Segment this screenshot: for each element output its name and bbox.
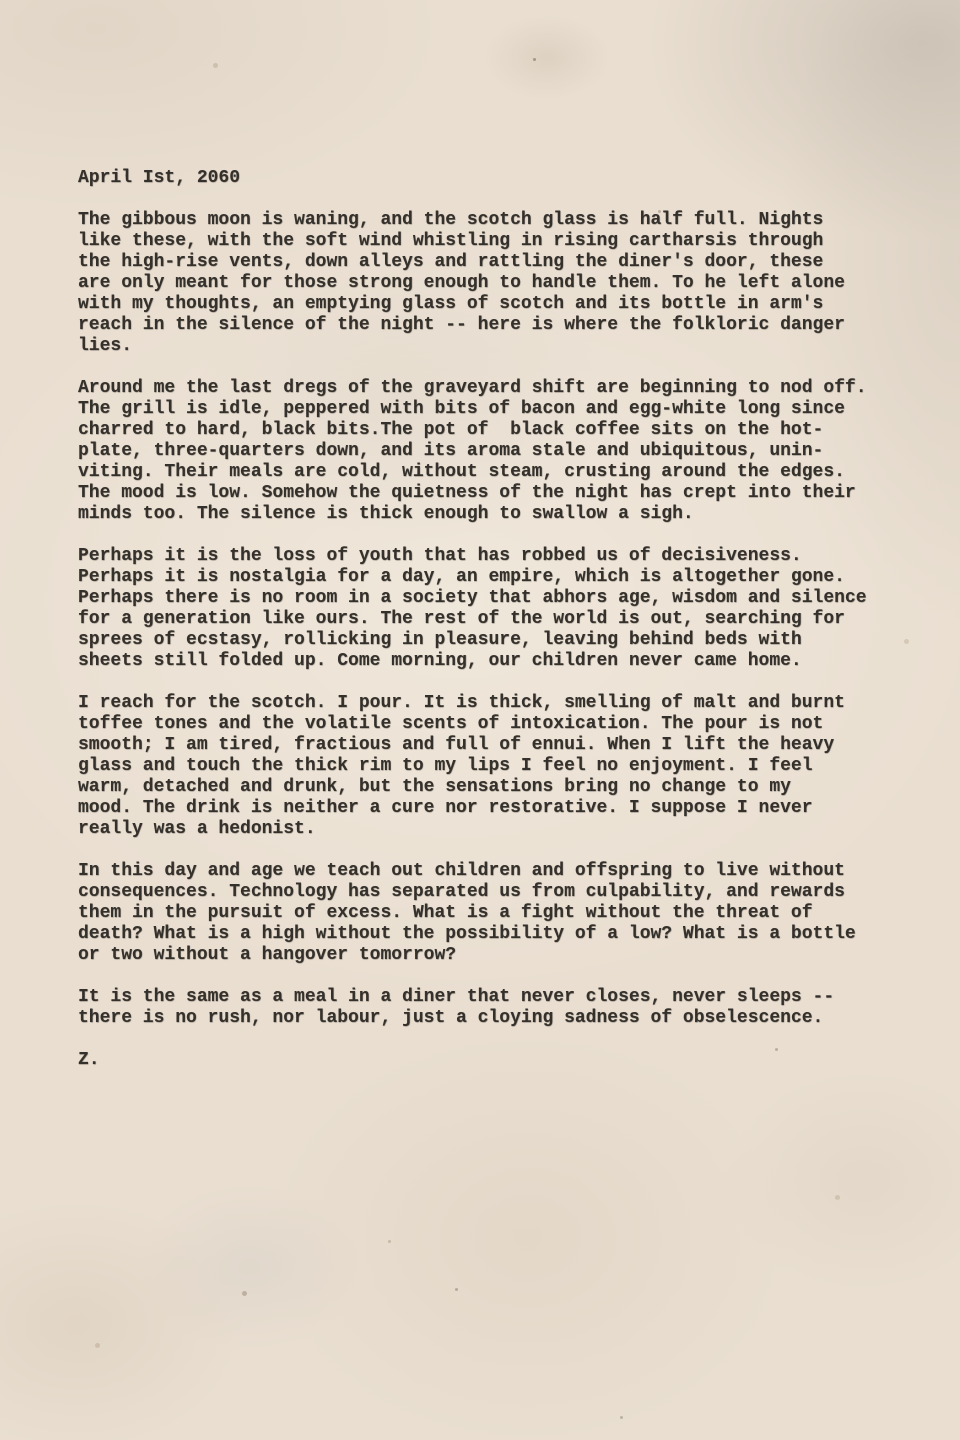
letter-paragraph-6: It is the same as a meal in a diner that…	[78, 987, 878, 1029]
letter-paragraph-5: In this day and age we teach out childre…	[78, 861, 878, 966]
paper-foxing-specks	[0, 0, 3, 3]
letter-paragraph-1: The gibbous moon is waning, and the scot…	[78, 210, 878, 357]
letter-signature: Z.	[78, 1050, 878, 1071]
letter-date: April Ist, 2060	[78, 168, 878, 189]
typewritten-letter: April Ist, 2060 The gibbous moon is wani…	[78, 168, 878, 1071]
letter-paragraph-3: Perhaps it is the loss of youth that has…	[78, 546, 878, 672]
letter-paragraph-2: Around me the last dregs of the graveyar…	[78, 378, 878, 525]
letter-paragraph-4: I reach for the scotch. I pour. It is th…	[78, 693, 878, 840]
letter-page: April Ist, 2060 The gibbous moon is wani…	[0, 0, 960, 1440]
